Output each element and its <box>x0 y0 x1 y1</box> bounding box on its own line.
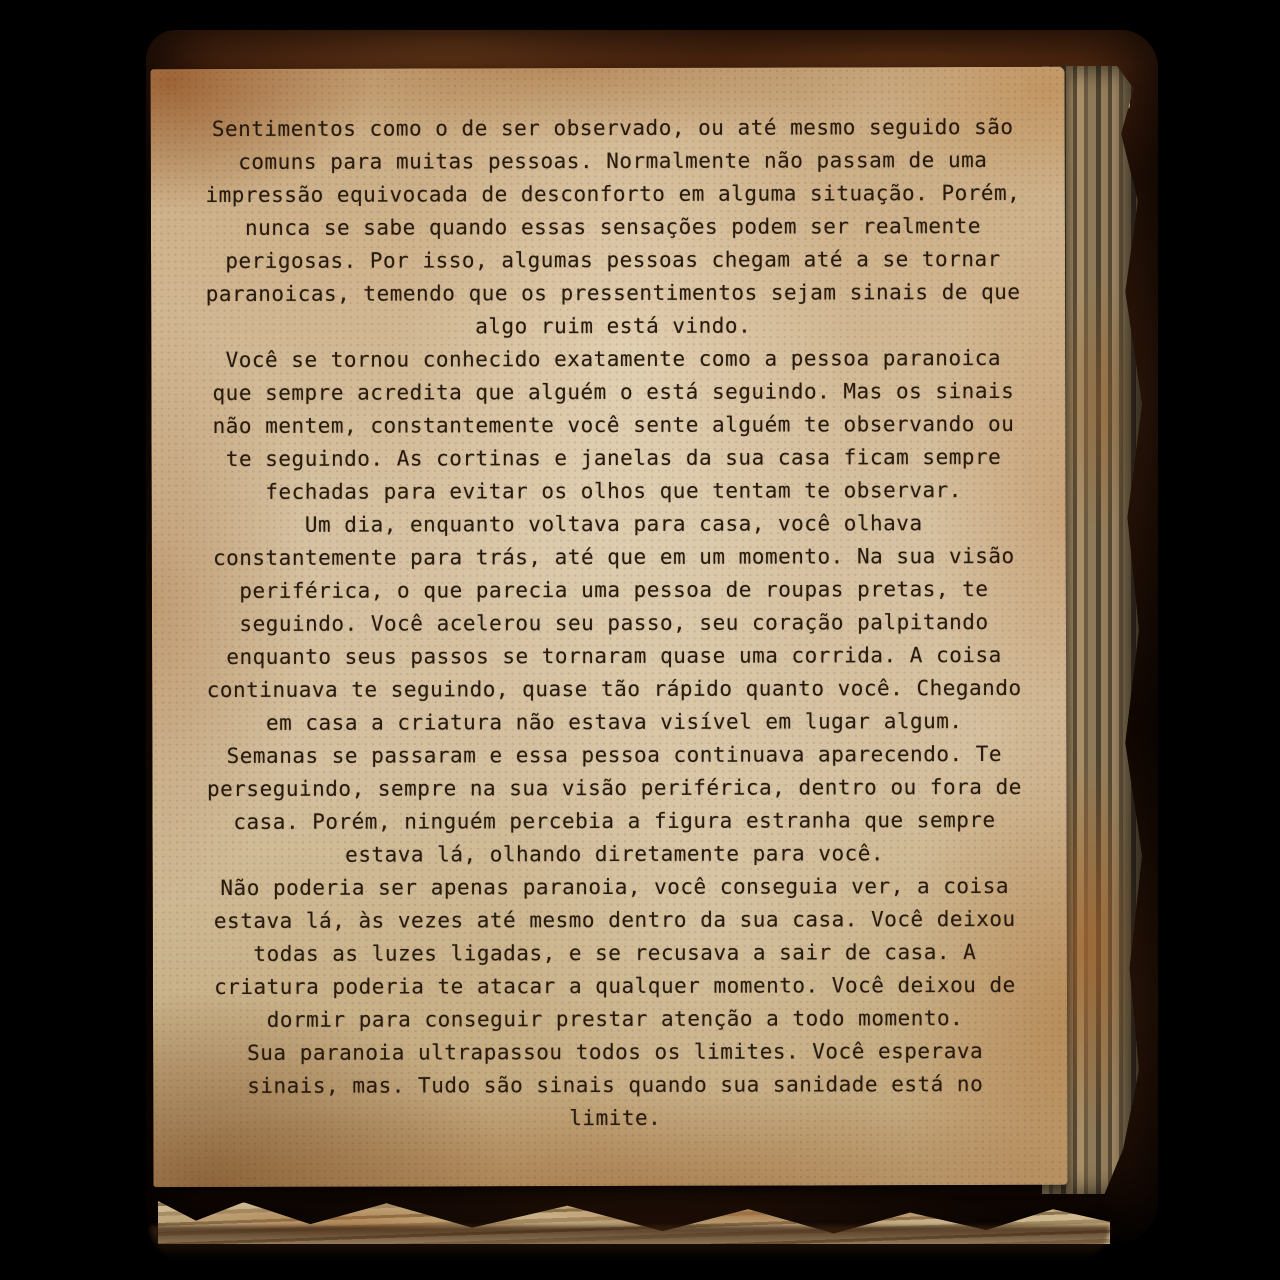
text-block: Sentimentos como o de ser observado, ou … <box>189 111 1040 1136</box>
bottom-cover-shadow <box>150 1226 1110 1260</box>
text-line: em casa a criatura não estava visível em… <box>190 705 1038 740</box>
text-line: algo ruim está vindo. <box>189 309 1037 344</box>
text-line: Sentimentos como o de ser observado, ou … <box>189 111 1037 146</box>
text-line: Semanas se passaram e essa pessoa contin… <box>190 738 1038 773</box>
text-line: que sempre acredita que alguém o está se… <box>189 375 1037 410</box>
text-line: comuns para muitas pessoas. Normalmente … <box>189 144 1037 179</box>
text-line: Você se tornou conhecido exatamente como… <box>189 342 1037 377</box>
text-line: seguindo. Você acelerou seu passo, seu c… <box>190 606 1038 641</box>
text-line: não mentem, constantemente você sente al… <box>189 408 1037 443</box>
journal-page: Sentimentos como o de ser observado, ou … <box>151 67 1068 1187</box>
paragraph: Sua paranoia ultrapassou todos os limite… <box>191 1035 1039 1136</box>
text-line: Sua paranoia ultrapassou todos os limite… <box>191 1035 1039 1070</box>
text-line: todas as luzes ligadas, e se recusava a … <box>191 936 1039 971</box>
text-line: perseguindo, sempre na sua visão perifér… <box>190 771 1038 806</box>
text-line: casa. Porém, ninguém percebia a figura e… <box>190 804 1038 839</box>
text-line: limite. <box>191 1101 1039 1136</box>
text-line: sinais, mas. Tudo são sinais quando sua … <box>191 1068 1039 1103</box>
paragraph: Um dia, enquanto voltava para casa, você… <box>190 507 1039 740</box>
text-line: continuava te seguindo, quase tão rápido… <box>190 672 1038 707</box>
text-line: criatura poderia te atacar a qualquer mo… <box>191 969 1039 1004</box>
text-line: periférica, o que parecia uma pessoa de … <box>190 573 1038 608</box>
text-line: nunca se sabe quando essas sensações pod… <box>189 210 1037 245</box>
text-line: enquanto seus passos se tornaram quase u… <box>190 639 1038 674</box>
text-line: impressão equivocada de desconforto em a… <box>189 177 1037 212</box>
text-line: Um dia, enquanto voltava para casa, você… <box>190 507 1038 542</box>
text-line: estava lá, às vezes até mesmo dentro da … <box>191 903 1039 938</box>
paragraph: Semanas se passaram e essa pessoa contin… <box>190 738 1038 872</box>
text-line: Não poderia ser apenas paranoia, você co… <box>191 870 1039 905</box>
text-line: dormir para conseguir prestar atenção a … <box>191 1002 1039 1037</box>
text-line: te seguindo. As cortinas e janelas da su… <box>190 441 1038 476</box>
paragraph: Você se tornou conhecido exatamente como… <box>189 342 1037 509</box>
paragraph: Sentimentos como o de ser observado, ou … <box>189 111 1038 344</box>
text-line: constantemente para trás, até que em um … <box>190 540 1038 575</box>
scene-background: Sentimentos como o de ser observado, ou … <box>0 0 1280 1280</box>
text-line: fechadas para evitar os olhos que tentam… <box>190 474 1038 509</box>
text-line: perigosas. Por isso, algumas pessoas che… <box>189 243 1037 278</box>
paragraph: Não poderia ser apenas paranoia, você co… <box>191 870 1039 1037</box>
text-line: estava lá, olhando diretamente para você… <box>191 837 1039 872</box>
text-line: paranoicas, temendo que os pressentiment… <box>189 276 1037 311</box>
